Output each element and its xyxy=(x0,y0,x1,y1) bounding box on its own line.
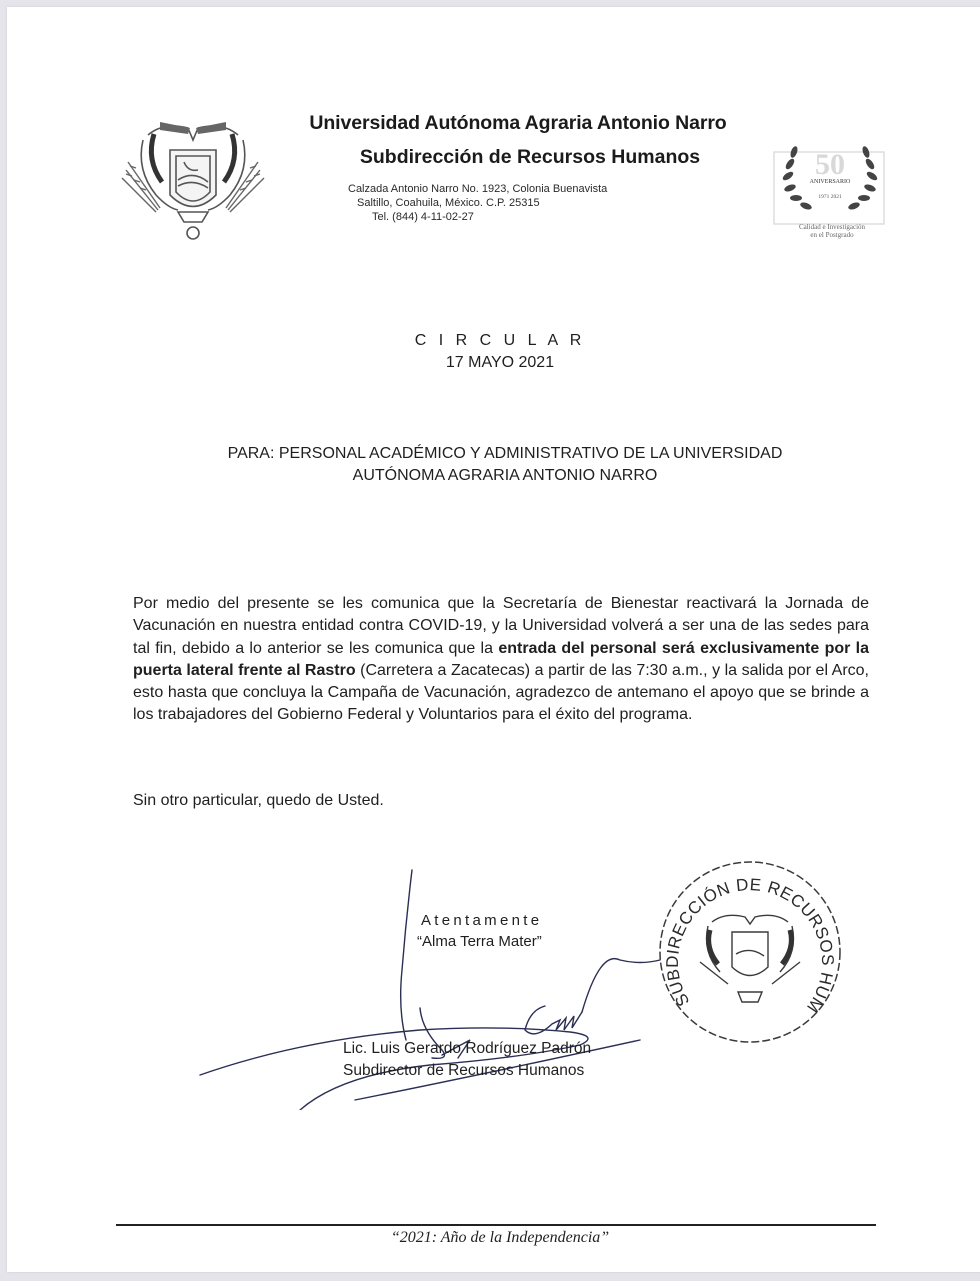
footer-slogan: “2021: Año de la Independencia” xyxy=(300,1229,700,1247)
recipients: PARA: PERSONAL ACADÉMICO Y ADMINISTRATIV… xyxy=(150,443,860,487)
closing-line: Sin otro particular, quedo de Usted. xyxy=(133,792,384,810)
document-date: 17 MAYO 2021 xyxy=(400,354,600,372)
caption-line: Calidad e Investigación xyxy=(782,223,882,231)
caption-line: en el Postgrado xyxy=(782,231,882,239)
address-line: Calzada Antonio Narro No. 1923, Colonia … xyxy=(348,182,607,196)
anniversary-caption: Calidad e Investigación en el Postgrado xyxy=(782,223,882,239)
institution-name: Universidad Autónoma Agraria Antonio Nar… xyxy=(268,112,768,135)
phone-line: Tel. (844) 4-11-02-27 xyxy=(372,210,474,224)
salutation: Atentamente xyxy=(421,912,542,929)
document-type: C I R C U L A R xyxy=(400,332,600,350)
body-paragraph: Por medio del presente se les comunica q… xyxy=(133,593,869,727)
department-name: Subdirección de Recursos Humanos xyxy=(330,146,730,169)
recipients-line: AUTÓNOMA AGRARIA ANTONIO NARRO xyxy=(150,465,860,487)
recipients-line: PARA: PERSONAL ACADÉMICO Y ADMINISTRATIV… xyxy=(150,443,860,465)
anniversary-50-laurel-icon: 50 ANIVERSARIO 1971 2021 xyxy=(760,122,900,262)
signer-name: Lic. Luis Gerardo Rodríguez Padrón xyxy=(343,1040,591,1058)
motto: “Alma Terra Mater” xyxy=(417,933,542,950)
footer-divider xyxy=(116,1224,876,1226)
address-line: Saltillo, Coahuila, México. C.P. 25315 xyxy=(357,196,540,210)
university-coat-of-arms-icon xyxy=(118,100,268,250)
signer-role: Subdirector de Recursos Humanos xyxy=(343,1062,584,1080)
svg-text:ANIVERSARIO: ANIVERSARIO xyxy=(810,179,851,185)
svg-text:50: 50 xyxy=(815,148,845,181)
department-seal-icon: SUBDIRECCIÓN DE RECURSOS HUMANOS xyxy=(650,852,850,1052)
svg-text:1971 2021: 1971 2021 xyxy=(818,194,842,200)
